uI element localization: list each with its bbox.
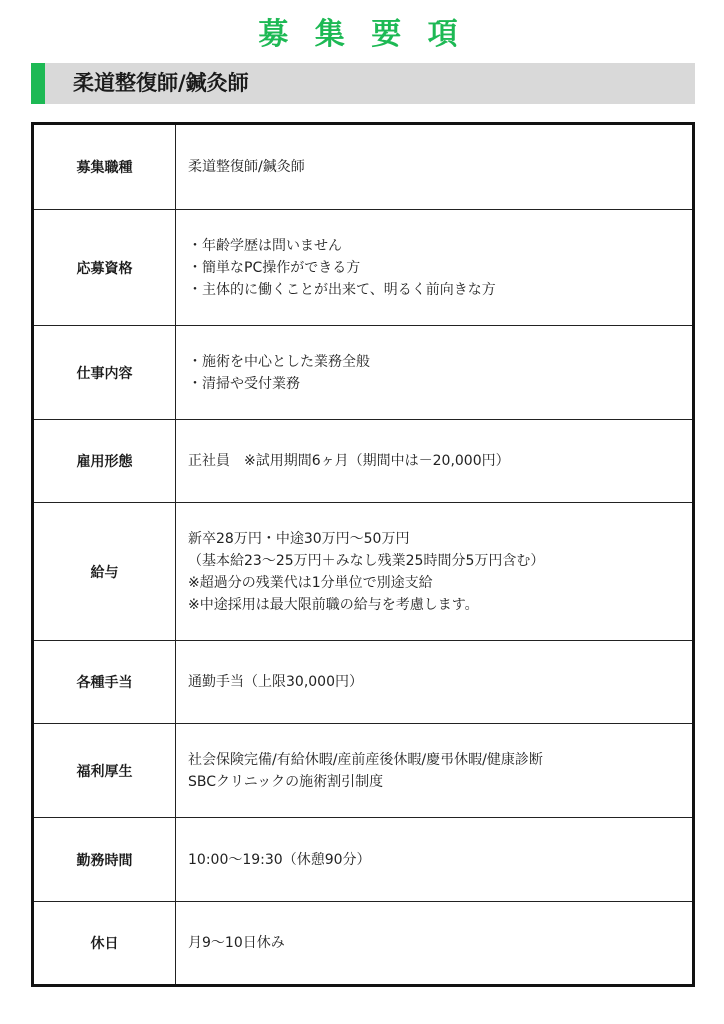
- table-row: 仕事内容・施術を中心とした業務全般・清掃や受付業務: [34, 325, 692, 419]
- table-row: 休日月9～10日休み: [34, 901, 692, 984]
- row-value: 月9～10日休み: [176, 902, 692, 984]
- value-line: ・主体的に働くことが出来て、明るく前向きな方: [188, 279, 692, 301]
- row-value: 通勤手当（上限30,000円）: [176, 641, 692, 723]
- value-line: SBCクリニックの施術割引制度: [188, 771, 692, 793]
- page-title: 募 集 要 項: [0, 14, 724, 56]
- row-label: 各種手当: [34, 641, 176, 723]
- value-line: ・簡単なPC操作ができる方: [188, 257, 692, 279]
- value-line: ・施術を中心とした業務全般: [188, 351, 692, 373]
- value-line: ・清掃や受付業務: [188, 373, 692, 395]
- value-line: ※中途採用は最大限前職の給与を考慮します。: [188, 594, 692, 616]
- row-label: 募集職種: [34, 125, 176, 209]
- value-line: 新卒28万円・中途30万円～50万円: [188, 528, 692, 550]
- value-line: 社会保険完備/有給休暇/産前産後休暇/慶弔休暇/健康診断: [188, 749, 692, 771]
- row-label: 給与: [34, 503, 176, 640]
- row-value: 柔道整復師/鍼灸師: [176, 125, 692, 209]
- table-row: 募集職種柔道整復師/鍼灸師: [34, 125, 692, 209]
- row-value: ・年齢学歴は問いません・簡単なPC操作ができる方・主体的に働くことが出来て、明る…: [176, 210, 692, 325]
- value-line: 通勤手当（上限30,000円）: [188, 671, 692, 693]
- row-label: 仕事内容: [34, 326, 176, 419]
- section-accent-stripe: [31, 63, 45, 104]
- requirements-table: 募集職種柔道整復師/鍼灸師応募資格・年齢学歴は問いません・簡単なPC操作ができる…: [31, 122, 695, 987]
- value-line: 正社員 ※試用期間6ヶ月（期間中は－20,000円）: [188, 450, 692, 472]
- value-line: ※超過分の残業代は1分単位で別途支給: [188, 572, 692, 594]
- row-value: ・施術を中心とした業務全般・清掃や受付業務: [176, 326, 692, 419]
- row-label: 休日: [34, 902, 176, 984]
- row-label: 雇用形態: [34, 420, 176, 502]
- row-value: 新卒28万円・中途30万円～50万円（基本給23～25万円＋みなし残業25時間分…: [176, 503, 692, 640]
- value-line: ・年齢学歴は問いません: [188, 235, 692, 257]
- table-row: 雇用形態正社員 ※試用期間6ヶ月（期間中は－20,000円）: [34, 419, 692, 502]
- table-row: 勤務時間10:00～19:30（休憩90分）: [34, 817, 692, 901]
- section-header-bar: 柔道整復師/鍼灸師: [31, 63, 695, 104]
- table-row: 給与新卒28万円・中途30万円～50万円（基本給23～25万円＋みなし残業25時…: [34, 502, 692, 640]
- row-value: 10:00～19:30（休憩90分）: [176, 818, 692, 901]
- table-row: 福利厚生社会保険完備/有給休暇/産前産後休暇/慶弔休暇/健康診断SBCクリニック…: [34, 723, 692, 817]
- section-title: 柔道整復師/鍼灸師: [73, 63, 249, 104]
- row-value: 社会保険完備/有給休暇/産前産後休暇/慶弔休暇/健康診断SBCクリニックの施術割…: [176, 724, 692, 817]
- value-line: 月9～10日休み: [188, 932, 692, 954]
- table-row: 各種手当通勤手当（上限30,000円）: [34, 640, 692, 723]
- row-label: 勤務時間: [34, 818, 176, 901]
- row-label: 福利厚生: [34, 724, 176, 817]
- value-line: 柔道整復師/鍼灸師: [188, 156, 692, 178]
- table-row: 応募資格・年齢学歴は問いません・簡単なPC操作ができる方・主体的に働くことが出来…: [34, 209, 692, 325]
- row-label: 応募資格: [34, 210, 176, 325]
- value-line: （基本給23～25万円＋みなし残業25時間分5万円含む）: [188, 550, 692, 572]
- value-line: 10:00～19:30（休憩90分）: [188, 849, 692, 871]
- row-value: 正社員 ※試用期間6ヶ月（期間中は－20,000円）: [176, 420, 692, 502]
